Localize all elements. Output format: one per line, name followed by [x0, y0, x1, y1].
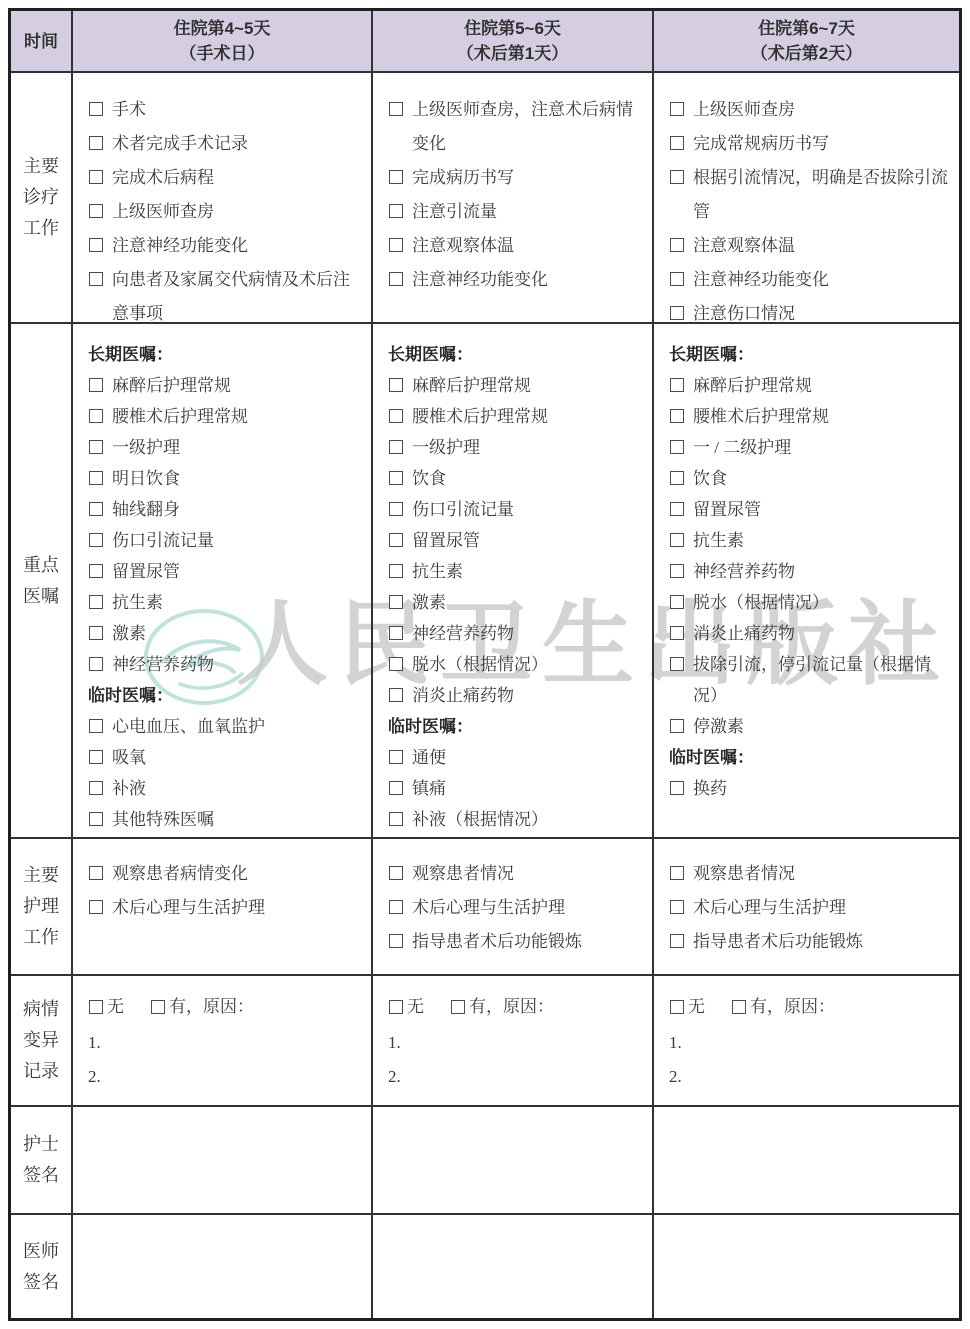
- checklist-item: 脱水（根据情况）: [669, 587, 951, 618]
- variation-reason-line-2: 2.: [388, 1060, 644, 1094]
- checkbox-icon: [732, 1000, 746, 1014]
- checklist-item-label: 一 / 二级护理: [693, 432, 791, 463]
- checkbox-icon: [89, 102, 103, 116]
- checklist-item: 注意神经功能变化: [388, 263, 644, 297]
- checkbox-icon: [89, 502, 103, 516]
- checkbox-icon: [670, 781, 684, 795]
- checklist-item-label: 明日饮食: [112, 463, 180, 494]
- checklist-item: 术者完成手术记录: [88, 127, 363, 161]
- checklist-item-label: 留置尿管: [412, 525, 480, 556]
- checklist-item-label: 注意神经功能变化: [112, 229, 248, 263]
- diagnosis-day67-cell: 上级医师查房完成常规病历书写根据引流情况，明确是否拔除引流管注意观察体温注意神经…: [654, 73, 959, 322]
- variation-none-option: 无: [669, 990, 705, 1024]
- checklist-item: 消炎止痛药物: [669, 618, 951, 649]
- checkbox-icon: [670, 471, 684, 485]
- doctor-sign-day45-cell: [73, 1215, 373, 1318]
- checklist-item-label: 轴线翻身: [112, 494, 180, 525]
- checklist-item-label: 上级医师查房，注意术后病情变化: [412, 93, 644, 161]
- checkbox-icon: [89, 1000, 103, 1014]
- checklist-item: 腰椎术后护理常规: [388, 401, 644, 432]
- checkbox-icon: [89, 781, 103, 795]
- checklist-item-label: 上级医师查房: [112, 195, 214, 229]
- checklist-item-label: 消炎止痛药物: [693, 618, 795, 649]
- checkbox-icon: [670, 440, 684, 454]
- variation-reason-line-2: 2.: [669, 1060, 951, 1094]
- orders-row-label: 重点 医嘱: [23, 550, 59, 612]
- checkbox-icon: [389, 812, 403, 826]
- checklist-item-label: 观察患者情况: [693, 857, 795, 891]
- checklist-item-label: 伤口引流记量: [112, 525, 214, 556]
- checkbox-icon: [670, 502, 684, 516]
- order-section-heading: 长期医嘱：: [388, 339, 644, 370]
- checklist-item: 上级医师查房，注意术后病情变化: [388, 93, 644, 161]
- checkbox-icon: [89, 440, 103, 454]
- checklist-item: 补液: [88, 773, 363, 804]
- checkbox-icon: [389, 170, 403, 184]
- doctor-sign-day56-cell: [373, 1215, 654, 1318]
- checkbox-icon: [670, 170, 684, 184]
- checklist-item-label: 伤口引流记量: [412, 494, 514, 525]
- checkbox-icon: [389, 934, 403, 948]
- checklist-item: 腰椎术后护理常规: [669, 401, 951, 432]
- checklist-item-label: 抗生素: [412, 556, 463, 587]
- checkbox-icon: [670, 306, 684, 320]
- checklist-item: 上级医师查房: [669, 93, 951, 127]
- checklist-item: 麻醉后护理常规: [669, 370, 951, 401]
- checklist-item-label: 激素: [412, 587, 446, 618]
- variation-record-row: 病情 变异 记录 无 有，原因： 1. 2.: [11, 976, 959, 1107]
- checklist-item: 补液（根据情况）: [388, 804, 644, 835]
- orders-day45-cell: 长期医嘱：麻醉后护理常规腰椎术后护理常规一级护理明日饮食轴线翻身伤口引流记量留置…: [73, 324, 373, 837]
- checkbox-icon: [389, 750, 403, 764]
- checklist-item: 向患者及家属交代病情及术后注意事项: [88, 263, 363, 331]
- checklist-item: 观察患者情况: [388, 857, 644, 891]
- checklist-item-label: 补液: [112, 773, 146, 804]
- checkbox-icon: [670, 626, 684, 640]
- checklist-item-label: 麻醉后护理常规: [412, 370, 531, 401]
- checklist-item: 一 / 二级护理: [669, 432, 951, 463]
- checklist-item: 观察患者病情变化: [88, 857, 363, 891]
- variation-none-option: 无: [88, 990, 124, 1024]
- checklist-item-label: 指导患者术后功能锻炼: [693, 925, 863, 959]
- checklist-item-label: 留置尿管: [693, 494, 761, 525]
- orders-day67-cell: 长期医嘱：麻醉后护理常规腰椎术后护理常规一 / 二级护理饮食留置尿管抗生素神经营…: [654, 324, 959, 837]
- checkbox-icon: [89, 564, 103, 578]
- checklist-item: 一级护理: [388, 432, 644, 463]
- header-day45-line1: 住院第4~5天: [174, 16, 271, 41]
- checklist-item: 激素: [388, 587, 644, 618]
- checklist-item-label: 观察患者情况: [412, 857, 514, 891]
- checkbox-icon: [670, 378, 684, 392]
- checkbox-icon: [89, 595, 103, 609]
- checklist-item: 留置尿管: [88, 556, 363, 587]
- checklist-item-label: 激素: [112, 618, 146, 649]
- checklist-item-label: 术后心理与生活护理: [693, 891, 846, 925]
- variation-yes-option: 有，原因：: [450, 990, 554, 1024]
- checklist-item: 神经营养药物: [669, 556, 951, 587]
- checkbox-icon: [389, 781, 403, 795]
- checklist-item-label: 通便: [412, 742, 446, 773]
- checklist-item: 上级医师查房: [88, 195, 363, 229]
- checkbox-icon: [670, 409, 684, 423]
- nurse-sign-day67-cell: [654, 1107, 959, 1213]
- variation-yes-label: 有，原因：: [169, 990, 254, 1024]
- checklist-item-label: 根据引流情况，明确是否拔除引流管: [693, 161, 951, 229]
- checklist-item-label: 注意观察体温: [412, 229, 514, 263]
- checkbox-icon: [89, 204, 103, 218]
- clinical-pathway-table: 时间 住院第4~5天 （手术日） 住院第5~6天 （术后第1天） 住院第6~7天…: [8, 8, 962, 1321]
- nursing-day45-cell: 观察患者病情变化术后心理与生活护理: [73, 839, 373, 974]
- checklist-item-label: 完成常规病历书写: [693, 127, 829, 161]
- checkbox-icon: [389, 900, 403, 914]
- checkbox-icon: [89, 812, 103, 826]
- order-section-heading: 临时医嘱：: [88, 680, 363, 711]
- checkbox-icon: [89, 136, 103, 150]
- checklist-item: 抗生素: [388, 556, 644, 587]
- variation-row-label-cell: 病情 变异 记录: [11, 976, 73, 1105]
- checkbox-icon: [670, 272, 684, 286]
- checkbox-icon: [389, 533, 403, 547]
- checklist-item: 饮食: [388, 463, 644, 494]
- variation-day56-cell: 无 有，原因： 1. 2.: [373, 976, 654, 1105]
- checkbox-icon: [670, 136, 684, 150]
- checkbox-icon: [389, 502, 403, 516]
- checklist-item-label: 向患者及家属交代病情及术后注意事项: [112, 263, 363, 331]
- orders-row-label-cell: 重点 医嘱: [11, 324, 73, 837]
- checklist-item-label: 饮食: [412, 463, 446, 494]
- checklist-item: 拔除引流，停引流记量（根据情况）: [669, 649, 951, 711]
- checkbox-icon: [89, 866, 103, 880]
- checklist-item: 停激素: [669, 711, 951, 742]
- checkbox-icon: [670, 866, 684, 880]
- order-section-heading: 长期医嘱：: [88, 339, 363, 370]
- nursing-row-label-cell: 主要 护理 工作: [11, 839, 73, 974]
- checklist-item: 注意观察体温: [669, 229, 951, 263]
- checklist-item: 注意神经功能变化: [669, 263, 951, 297]
- checklist-item-label: 完成术后病程: [112, 161, 214, 195]
- checklist-item: 通便: [388, 742, 644, 773]
- checkbox-icon: [389, 688, 403, 702]
- checklist-item: 伤口引流记量: [388, 494, 644, 525]
- checklist-item: 吸氧: [88, 742, 363, 773]
- checklist-item: 观察患者情况: [669, 857, 951, 891]
- checklist-item: 抗生素: [669, 525, 951, 556]
- header-day45-cell: 住院第4~5天 （手术日）: [73, 11, 373, 71]
- checkbox-icon: [389, 238, 403, 252]
- checkbox-icon: [389, 378, 403, 392]
- checkbox-icon: [670, 719, 684, 733]
- nurse-sign-day45-cell: [73, 1107, 373, 1213]
- checklist-item-label: 拔除引流，停引流记量（根据情况）: [693, 649, 951, 711]
- variation-day45-cell: 无 有，原因： 1. 2.: [73, 976, 373, 1105]
- checklist-item: 麻醉后护理常规: [388, 370, 644, 401]
- checkbox-icon: [670, 900, 684, 914]
- checklist-item: 指导患者术后功能锻炼: [669, 925, 951, 959]
- checklist-item-label: 神经营养药物: [112, 649, 214, 680]
- doctor-signature-row: 医师 签名: [11, 1215, 959, 1318]
- diagnosis-work-row: 主要 诊疗 工作 手术术者完成手术记录完成术后病程上级医师查房注意神经功能变化向…: [11, 73, 959, 324]
- checkbox-icon: [389, 866, 403, 880]
- checkbox-icon: [389, 626, 403, 640]
- checkbox-icon: [89, 378, 103, 392]
- checklist-item: 伤口引流记量: [88, 525, 363, 556]
- checkbox-icon: [389, 440, 403, 454]
- header-day67-line2: （术后第2天）: [751, 41, 862, 66]
- checklist-item-label: 神经营养药物: [412, 618, 514, 649]
- checkbox-icon: [670, 533, 684, 547]
- diagnosis-row-label-cell: 主要 诊疗 工作: [11, 73, 73, 322]
- checkbox-icon: [670, 238, 684, 252]
- checklist-item-label: 停激素: [693, 711, 744, 742]
- checklist-item: 轴线翻身: [88, 494, 363, 525]
- checklist-item-label: 上级医师查房: [693, 93, 795, 127]
- nursing-work-row: 主要 护理 工作 观察患者病情变化术后心理与生活护理 观察患者情况术后心理与生活…: [11, 839, 959, 976]
- variation-none-label: 无: [407, 990, 424, 1024]
- checklist-item-label: 抗生素: [693, 525, 744, 556]
- checklist-item: 饮食: [669, 463, 951, 494]
- doctor-sign-label: 医师 签名: [23, 1236, 59, 1298]
- checklist-item: 术后心理与生活护理: [388, 891, 644, 925]
- checklist-item: 根据引流情况，明确是否拔除引流管: [669, 161, 951, 229]
- nursing-row-label: 主要 护理 工作: [23, 860, 59, 953]
- header-day67-line1: 住院第6~7天: [758, 16, 855, 41]
- checkbox-icon: [389, 272, 403, 286]
- checklist-item-label: 脱水（根据情况）: [693, 587, 829, 618]
- checkbox-icon: [389, 1000, 403, 1014]
- checklist-item: 明日饮食: [88, 463, 363, 494]
- checklist-item-label: 一级护理: [112, 432, 180, 463]
- checklist-item: 激素: [88, 618, 363, 649]
- checklist-item-label: 术者完成手术记录: [112, 127, 248, 161]
- variation-yes-option: 有，原因：: [731, 990, 835, 1024]
- variation-none-option: 无: [388, 990, 424, 1024]
- time-label: 时间: [24, 29, 58, 54]
- checklist-item-label: 麻醉后护理常规: [112, 370, 231, 401]
- checklist-item: 手术: [88, 93, 363, 127]
- checklist-item: 抗生素: [88, 587, 363, 618]
- checklist-item-label: 腰椎术后护理常规: [412, 401, 548, 432]
- header-day56-cell: 住院第5~6天 （术后第1天）: [373, 11, 654, 71]
- checklist-item-label: 术后心理与生活护理: [112, 891, 265, 925]
- checklist-item-label: 其他特殊医嘱: [112, 804, 214, 835]
- checkbox-icon: [89, 409, 103, 423]
- checkbox-icon: [89, 900, 103, 914]
- checklist-item-label: 心电血压、血氧监护: [112, 711, 265, 742]
- checklist-item: 消炎止痛药物: [388, 680, 644, 711]
- checkbox-icon: [670, 102, 684, 116]
- checklist-item: 注意观察体温: [388, 229, 644, 263]
- checklist-item: 完成病历书写: [388, 161, 644, 195]
- variation-row-label: 病情 变异 记录: [23, 994, 59, 1087]
- nursing-day67-cell: 观察患者情况术后心理与生活护理指导患者术后功能锻炼: [654, 839, 959, 974]
- key-orders-row: 重点 医嘱 长期医嘱：麻醉后护理常规腰椎术后护理常规一级护理明日饮食轴线翻身伤口…: [11, 324, 959, 839]
- checklist-item-label: 观察患者病情变化: [112, 857, 248, 891]
- checklist-item-label: 完成病历书写: [412, 161, 514, 195]
- checklist-item-label: 镇痛: [412, 773, 446, 804]
- checkbox-icon: [89, 533, 103, 547]
- checkbox-icon: [389, 102, 403, 116]
- checklist-item-label: 腰椎术后护理常规: [693, 401, 829, 432]
- order-section-heading: 临时医嘱：: [388, 711, 644, 742]
- checklist-item-label: 神经营养药物: [693, 556, 795, 587]
- variation-yes-label: 有，原因：: [750, 990, 835, 1024]
- nurse-sign-day56-cell: [373, 1107, 654, 1213]
- checklist-item-label: 麻醉后护理常规: [693, 370, 812, 401]
- header-day56-line1: 住院第5~6天: [464, 16, 561, 41]
- checklist-item: 留置尿管: [669, 494, 951, 525]
- checklist-item-label: 指导患者术后功能锻炼: [412, 925, 582, 959]
- checklist-item: 神经营养药物: [388, 618, 644, 649]
- checkbox-icon: [389, 657, 403, 671]
- header-row: 时间 住院第4~5天 （手术日） 住院第5~6天 （术后第1天） 住院第6~7天…: [11, 11, 959, 73]
- header-day45-line2: （手术日）: [180, 41, 265, 66]
- checklist-item: 留置尿管: [388, 525, 644, 556]
- checkbox-icon: [89, 238, 103, 252]
- variation-reason-line-2: 2.: [88, 1060, 363, 1094]
- checklist-item: 指导患者术后功能锻炼: [388, 925, 644, 959]
- checkbox-icon: [151, 1000, 165, 1014]
- checklist-item-label: 留置尿管: [112, 556, 180, 587]
- checkbox-icon: [89, 471, 103, 485]
- clinical-pathway-page: 人民卫生出版社 时间 住院第4~5天 （手术日） 住院第5~6天 （术后第1天）…: [8, 8, 962, 1321]
- checkbox-icon: [389, 564, 403, 578]
- checklist-item-label: 注意神经功能变化: [693, 263, 829, 297]
- orders-day56-cell: 长期医嘱：麻醉后护理常规腰椎术后护理常规一级护理饮食伤口引流记量留置尿管抗生素激…: [373, 324, 654, 837]
- checkbox-icon: [89, 272, 103, 286]
- checklist-item-label: 换药: [693, 773, 727, 804]
- header-day56-line2: （术后第1天）: [457, 41, 568, 66]
- variation-options: 无 有，原因：: [88, 990, 363, 1024]
- checklist-item-label: 补液（根据情况）: [412, 804, 548, 835]
- checkbox-icon: [389, 595, 403, 609]
- checklist-item-label: 术后心理与生活护理: [412, 891, 565, 925]
- variation-options: 无 有，原因：: [388, 990, 644, 1024]
- checklist-item-label: 注意神经功能变化: [412, 263, 548, 297]
- checklist-item: 完成术后病程: [88, 161, 363, 195]
- checklist-item-label: 注意观察体温: [693, 229, 795, 263]
- checklist-item: 麻醉后护理常规: [88, 370, 363, 401]
- checklist-item: 腰椎术后护理常规: [88, 401, 363, 432]
- nurse-sign-label-cell: 护士 签名: [11, 1107, 73, 1213]
- variation-yes-option: 有，原因：: [150, 990, 254, 1024]
- checklist-item: 其他特殊医嘱: [88, 804, 363, 835]
- checklist-item-label: 吸氧: [112, 742, 146, 773]
- checklist-item: 完成常规病历书写: [669, 127, 951, 161]
- checklist-item: 术后心理与生活护理: [88, 891, 363, 925]
- checkbox-icon: [89, 657, 103, 671]
- order-section-heading: 长期医嘱：: [669, 339, 951, 370]
- nurse-signature-row: 护士 签名: [11, 1107, 959, 1215]
- checklist-item: 注意引流量: [388, 195, 644, 229]
- checkbox-icon: [89, 626, 103, 640]
- checklist-item: 一级护理: [88, 432, 363, 463]
- variation-none-label: 无: [688, 990, 705, 1024]
- checklist-item: 注意神经功能变化: [88, 229, 363, 263]
- variation-day67-cell: 无 有，原因： 1. 2.: [654, 976, 959, 1105]
- checklist-item-label: 抗生素: [112, 587, 163, 618]
- checklist-item: 脱水（根据情况）: [388, 649, 644, 680]
- checklist-item: 神经营养药物: [88, 649, 363, 680]
- checklist-item-label: 注意引流量: [412, 195, 497, 229]
- checklist-item-label: 一级护理: [412, 432, 480, 463]
- nursing-day56-cell: 观察患者情况术后心理与生活护理指导患者术后功能锻炼: [373, 839, 654, 974]
- variation-reason-line-1: 1.: [88, 1026, 363, 1060]
- checkbox-icon: [89, 170, 103, 184]
- checkbox-icon: [389, 471, 403, 485]
- checklist-item: 术后心理与生活护理: [669, 891, 951, 925]
- checklist-item: 心电血压、血氧监护: [88, 711, 363, 742]
- order-section-heading: 临时医嘱：: [669, 742, 951, 773]
- checkbox-icon: [670, 934, 684, 948]
- checkbox-icon: [670, 595, 684, 609]
- variation-reason-line-1: 1.: [388, 1026, 644, 1060]
- variation-reason-line-1: 1.: [669, 1026, 951, 1060]
- checkbox-icon: [670, 564, 684, 578]
- checklist-item: 换药: [669, 773, 951, 804]
- checklist-item-label: 手术: [112, 93, 146, 127]
- variation-none-label: 无: [107, 990, 124, 1024]
- checkbox-icon: [389, 204, 403, 218]
- doctor-sign-label-cell: 医师 签名: [11, 1215, 73, 1318]
- header-day67-cell: 住院第6~7天 （术后第2天）: [654, 11, 959, 71]
- checkbox-icon: [670, 657, 684, 671]
- checklist-item-label: 饮食: [693, 463, 727, 494]
- checklist-item: 镇痛: [388, 773, 644, 804]
- header-time-cell: 时间: [11, 11, 73, 71]
- checkbox-icon: [451, 1000, 465, 1014]
- doctor-sign-day67-cell: [654, 1215, 959, 1318]
- nurse-sign-label: 护士 签名: [23, 1129, 59, 1191]
- variation-yes-label: 有，原因：: [469, 990, 554, 1024]
- variation-options: 无 有，原因：: [669, 990, 951, 1024]
- checkbox-icon: [389, 409, 403, 423]
- checklist-item-label: 腰椎术后护理常规: [112, 401, 248, 432]
- checklist-item-label: 消炎止痛药物: [412, 680, 514, 711]
- diagnosis-day56-cell: 上级医师查房，注意术后病情变化完成病历书写注意引流量注意观察体温注意神经功能变化: [373, 73, 654, 322]
- diagnosis-row-label: 主要 诊疗 工作: [23, 151, 59, 244]
- checkbox-icon: [89, 750, 103, 764]
- checklist-item-label: 脱水（根据情况）: [412, 649, 548, 680]
- checkbox-icon: [89, 719, 103, 733]
- checkbox-icon: [670, 1000, 684, 1014]
- diagnosis-day45-cell: 手术术者完成手术记录完成术后病程上级医师查房注意神经功能变化向患者及家属交代病情…: [73, 73, 373, 322]
